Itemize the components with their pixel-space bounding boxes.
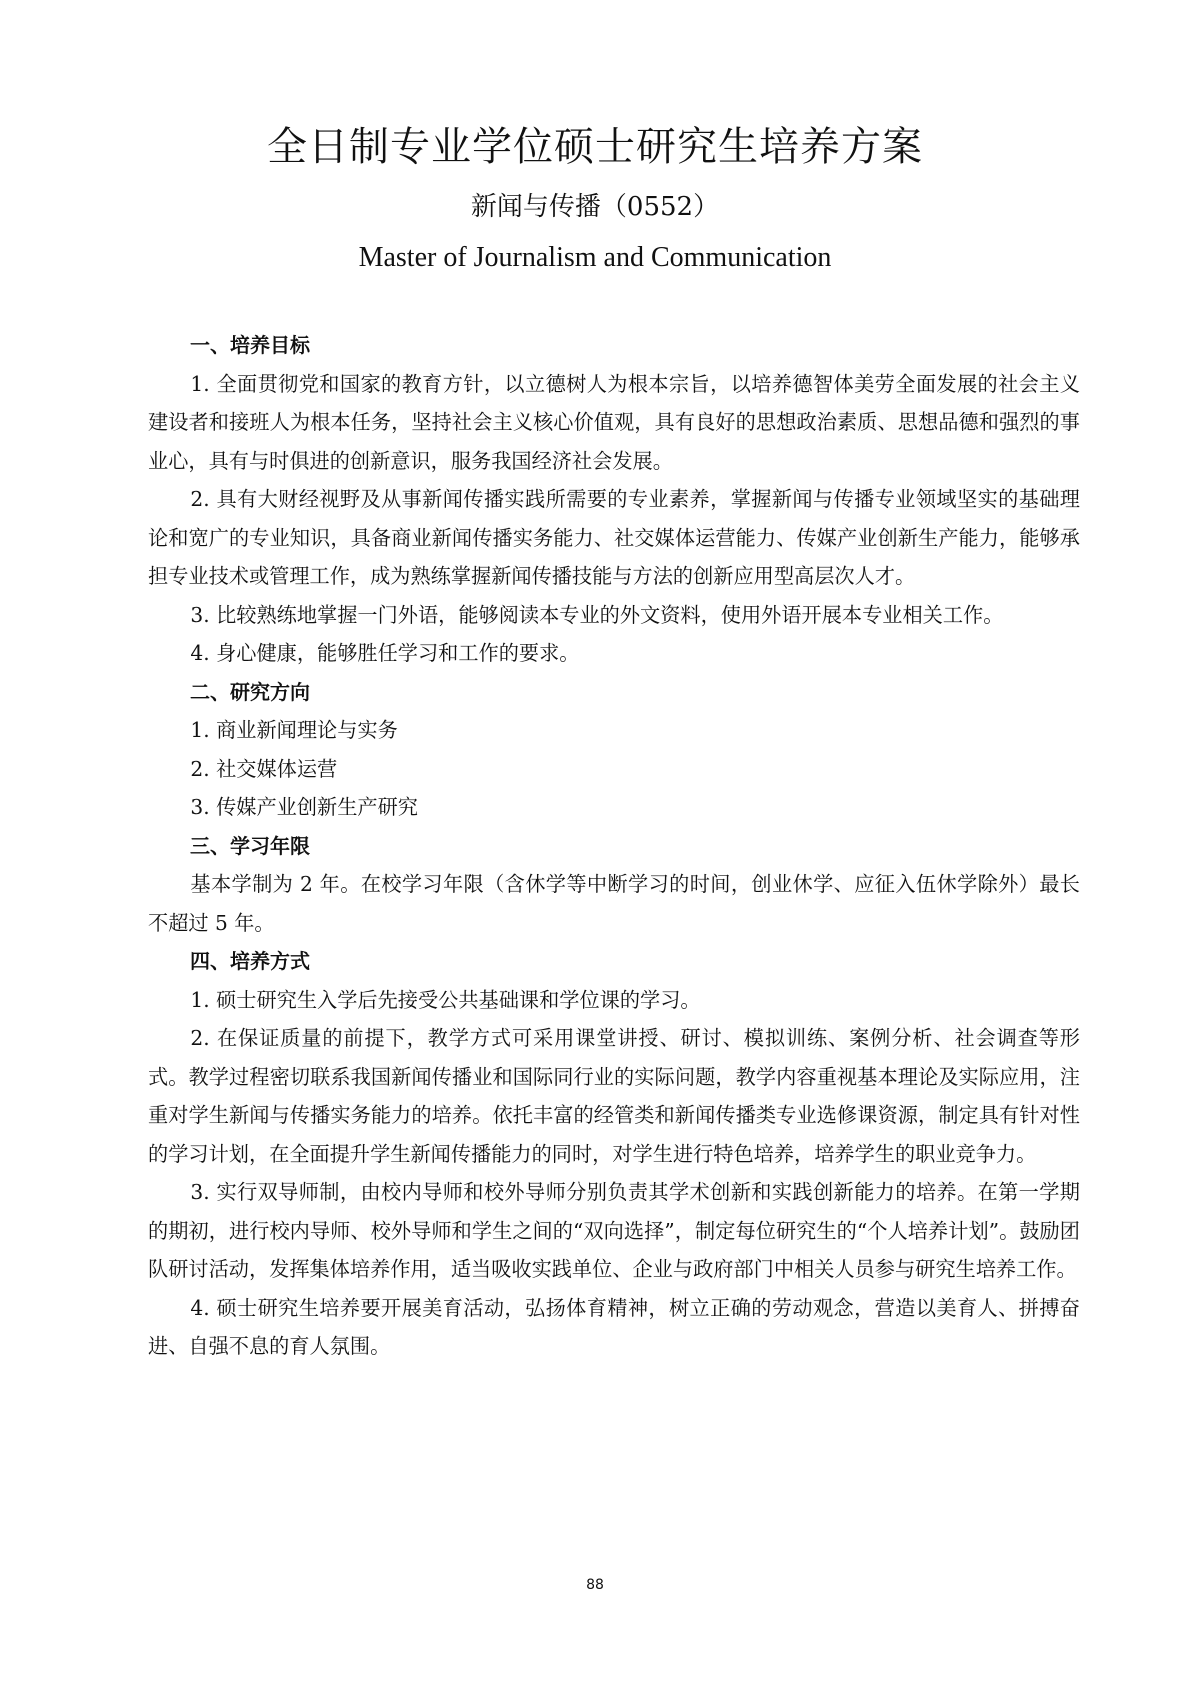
paragraph: 3. 实行双导师制，由校内导师和校外导师分别负责其学术创新和实践创新能力的培养。… [148, 1173, 1080, 1289]
document-body: 一、培养目标 1. 全面贯彻党和国家的教育方针，以立德树人为根本宗旨，以培养德智… [148, 326, 1080, 1366]
paragraph: 2. 具有大财经视野及从事新闻传播实践所需要的专业素养，掌握新闻与传播专业领域坚… [148, 480, 1080, 596]
list-item: 2. 社交媒体运营 [148, 750, 1080, 789]
page-number: 88 [0, 1577, 1190, 1593]
section-training-objectives: 一、培养目标 1. 全面贯彻党和国家的教育方针，以立德树人为根本宗旨，以培养德智… [148, 326, 1080, 673]
section-heading: 二、研究方向 [148, 673, 1080, 712]
section-heading: 一、培养目标 [148, 326, 1080, 365]
paragraph: 4. 硕士研究生培养要开展美育活动，弘扬体育精神，树立正确的劳动观念，营造以美育… [148, 1289, 1080, 1366]
paragraph: 1. 硕士研究生入学后先接受公共基础课和学位课的学习。 [148, 981, 1080, 1020]
section-study-duration: 三、学习年限 基本学制为 2 年。在校学习年限（含休学等中断学习的时间，创业休学… [148, 827, 1080, 943]
document-title: 全日制专业学位硕士研究生培养方案 [0, 122, 1190, 172]
section-training-methods: 四、培养方式 1. 硕士研究生入学后先接受公共基础课和学位课的学习。 2. 在保… [148, 942, 1080, 1366]
paragraph: 3. 比较熟练地掌握一门外语，能够阅读本专业的外文资料，使用外语开展本专业相关工… [148, 596, 1080, 635]
list-item: 3. 传媒产业创新生产研究 [148, 788, 1080, 827]
section-research-directions: 二、研究方向 1. 商业新闻理论与实务 2. 社交媒体运营 3. 传媒产业创新生… [148, 673, 1080, 827]
section-heading: 三、学习年限 [148, 827, 1080, 866]
list-item: 1. 商业新闻理论与实务 [148, 711, 1080, 750]
paragraph: 2. 在保证质量的前提下，教学方式可采用课堂讲授、研讨、模拟训练、案例分析、社会… [148, 1019, 1080, 1173]
document-subtitle: 新闻与传播（0552） [0, 190, 1190, 224]
paragraph: 1. 全面贯彻党和国家的教育方针，以立德树人为根本宗旨，以培养德智体美劳全面发展… [148, 365, 1080, 481]
section-heading: 四、培养方式 [148, 942, 1080, 981]
paragraph: 4. 身心健康，能够胜任学习和工作的要求。 [148, 634, 1080, 673]
paragraph: 基本学制为 2 年。在校学习年限（含休学等中断学习的时间，创业休学、应征入伍休学… [148, 865, 1080, 942]
english-title: Master of Journalism and Communication [0, 240, 1190, 276]
